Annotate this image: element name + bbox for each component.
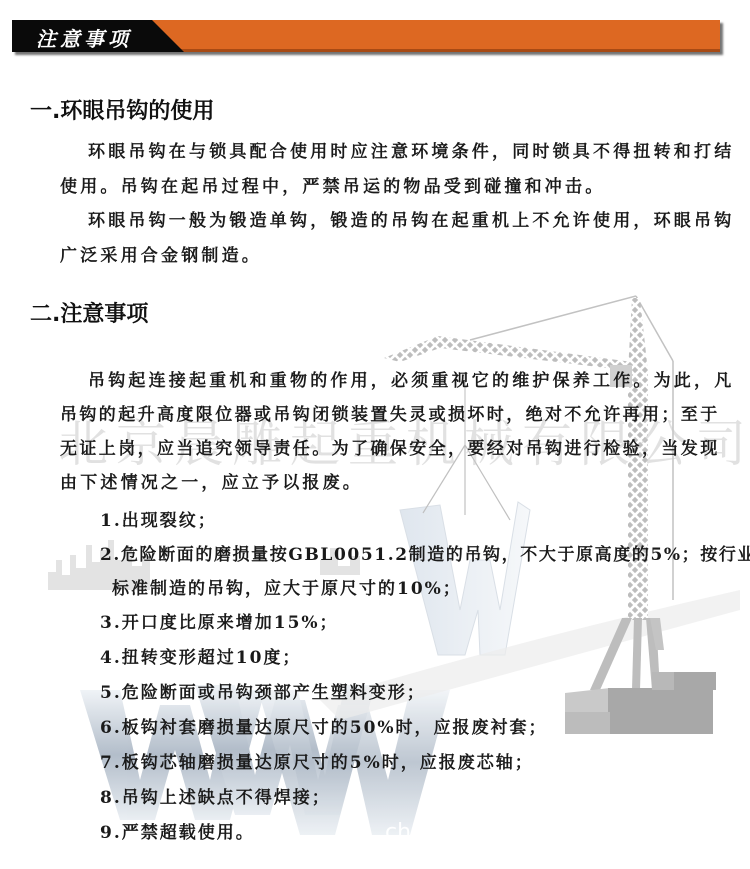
list-item: 6.板钩衬套磨损量达原尺寸的50%时，应报废衬套；: [100, 713, 548, 738]
header-title: 注意事项: [36, 23, 132, 52]
list-item: 2.危险断面的磨损量按GBL0051.2制造的吊钩，不大于原高度的5%；按行业: [100, 540, 750, 565]
list-item: 标准制造的吊钩，应大于原尺寸的10%；: [112, 574, 462, 599]
list-item: 3.开口度比原来增加15%；: [100, 608, 339, 633]
section1-line: 环眼吊钩一般为锻造单钩，锻造的吊钩在起重机上不允许使用，环眼吊钩: [88, 206, 734, 231]
section-header-bar: 注意事项: [12, 20, 720, 52]
section1-line: 环眼吊钩在与锁具配合使用时应注意环境条件，同时锁具不得扭转和打结: [88, 137, 734, 162]
section2-intro-line: 由下述情况之一，应立予以报废。: [60, 468, 363, 493]
section2-intro-line: 吊钩的起升高度限位器或吊钩闭锁装置失灵或损坏时，绝对不允许再用；至于: [60, 400, 720, 425]
list-item: 7.板钩芯轴磨损量达原尺寸的5%时，应报废芯轴；: [100, 748, 534, 773]
list-item: 4.扭转变形超过10度；: [100, 643, 301, 668]
list-item: 8.吊钩上述缺点不得焊接；: [100, 783, 331, 808]
section2-intro-line: 无证上岗，应当追究领导责任。为了确保安全，要经对吊钩进行检验，当发现: [60, 434, 720, 459]
list-item: 5.危险断面或吊钩颈部产生塑料变形；: [100, 678, 426, 703]
list-item: 9.严禁超载使用。: [100, 818, 255, 843]
section1-line: 广泛采用合金钢制造。: [60, 241, 262, 266]
section2-intro-line: 吊钩起连接起重机和重物的作用，必须重视它的维护保养工作。为此，凡: [88, 366, 734, 391]
partial-watermark: che: [385, 820, 425, 845]
section1-title: 一.环眼吊钩的使用: [30, 94, 214, 125]
section1-line: 使用。吊钩在起吊过程中，严禁吊运的物品受到碰撞和冲击。: [60, 172, 605, 197]
section2-title: 二.注意事项: [30, 297, 148, 328]
list-item: 1.出现裂纹；: [100, 506, 217, 531]
